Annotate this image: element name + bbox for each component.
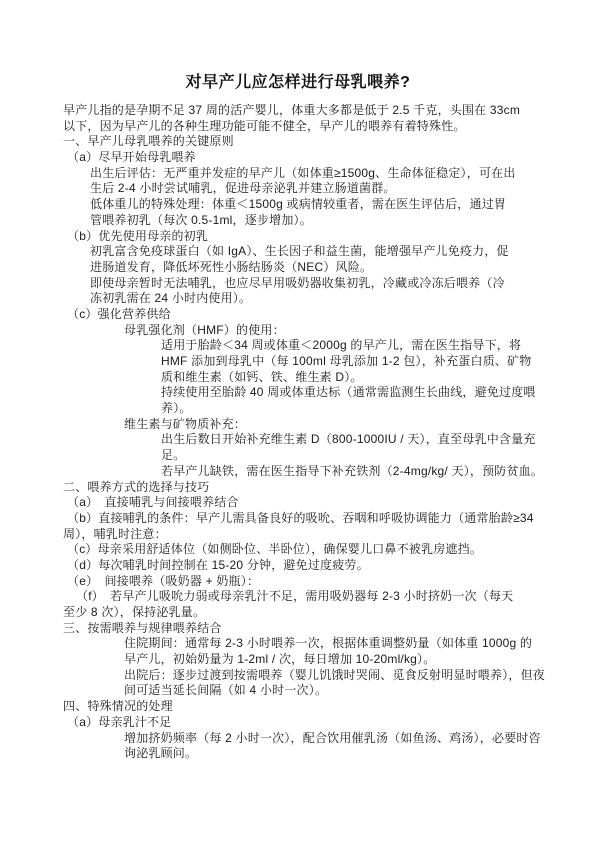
text-line: 四、特殊情况的处理 xyxy=(63,699,533,715)
text-line: 生后 2-4 小时尝试哺乳，促进母亲泌乳并建立肠道菌群。 xyxy=(90,181,533,197)
text-line: （a）尽早开始母乳喂养 xyxy=(67,150,533,166)
document-body: 早产儿指的是孕期不足 37 周的活产婴儿，体重大多都是低于 2.5 千克，头围在… xyxy=(63,103,533,762)
text-line: 至少 8 次），保持泌乳量。 xyxy=(63,605,533,621)
text-line: 进肠道发育，降低坏死性小肠结肠炎（NEC）风险。 xyxy=(90,260,533,276)
text-line: （c）母亲采用舒适体位（如侧卧位、半卧位），确保婴儿口鼻不被乳房遮挡。 xyxy=(67,542,533,558)
text-line: 维生素与矿物质补充： xyxy=(124,417,533,433)
text-line: 三、按需喂养与规律喂养结合 xyxy=(63,621,533,637)
text-line: 出生后评估：无严重并发症的早产儿（如体重≥1500g、生命体征稳定），可在出 xyxy=(90,166,533,182)
text-line: 养）。 xyxy=(161,401,533,417)
text-line: 以下，因为早产儿的各种生理功能可能不健全，早产儿的喂养有着特殊性。 xyxy=(63,119,533,135)
text-line: （d）每次哺乳时间控制在 15-20 分钟，避免过度疲劳。 xyxy=(67,558,533,574)
text-line: （f） 若早产儿吸吮力弱或母亲乳汁不足，需用吸奶器每 2-3 小时挤奶一次（每天 xyxy=(76,589,533,605)
text-line: 早产儿指的是孕期不足 37 周的活产婴儿，体重大多都是低于 2.5 千克，头围在… xyxy=(63,103,533,119)
text-line: 质和维生素（如钙、铁、维生素 D）。 xyxy=(161,370,533,386)
text-line: 若早产儿缺铁，需在医生指导下补充铁剂（2-4mg/kg/ 天），预防贫血。 xyxy=(161,464,533,480)
text-line: 适用于胎龄＜34 周或体重＜2000g 的早产儿，需在医生指导下，将 xyxy=(161,338,533,354)
text-line: 持续使用至胎龄 40 周或体重达标（通常需监测生长曲线，避免过度喂 xyxy=(161,385,533,401)
text-line: 出院后：逐步过渡到按需喂养（婴儿饥饿时哭闹、觅食反射明显时喂养），但夜 xyxy=(124,668,533,684)
text-line: 询泌乳顾问。 xyxy=(124,746,533,762)
text-line: （c）强化营养供给 xyxy=(67,307,533,323)
text-line: （e） 间接喂养（吸奶器 + 奶瓶）： xyxy=(67,574,533,590)
text-line: 管喂养初乳（每次 0.5-1ml，逐步增加）。 xyxy=(90,213,533,229)
text-line: 增加挤奶频率（每 2 小时一次），配合饮用催乳汤（如鱼汤、鸡汤），必要时咨 xyxy=(124,731,533,747)
text-line: 母乳强化剂（HMF）的使用： xyxy=(124,323,533,339)
text-line: （b）直接哺乳的条件：早产儿需具备良好的吸吮、吞咽和呼吸协调能力（通常胎龄≥34 xyxy=(67,511,533,527)
text-line: 足。 xyxy=(161,448,533,464)
text-line: HMF 添加到母乳中（每 100ml 母乳添加 1-2 包），补充蛋白质、矿物 xyxy=(161,354,533,370)
text-line: 早产儿，初始奶量为 1-2ml / 次，每日增加 10-20ml/kg）。 xyxy=(124,652,533,668)
text-line: 一、早产儿母乳喂养的关键原则 xyxy=(63,134,533,150)
text-line: 间可适当延长间隔（如 4 小时一次）。 xyxy=(124,683,533,699)
text-line: 住院期间：通常每 2-3 小时喂养一次，根据体重调整奶量（如体重 1000g 的 xyxy=(124,636,533,652)
text-line: 二、喂养方式的选择与技巧 xyxy=(63,480,533,496)
text-line: 即使母亲暂时无法哺乳，也应尽早用吸奶器收集初乳，冷藏或冷冻后喂养（冷 xyxy=(90,276,533,292)
text-line: （a） 直接哺乳与间接喂养结合 xyxy=(67,495,533,511)
text-line: 初乳富含免疫球蛋白（如 IgA）、生长因子和益生菌，能增强早产儿免疫力，促 xyxy=(90,244,533,260)
text-line: 冻初乳需在 24 小时内使用）。 xyxy=(90,291,533,307)
page-title: 对早产儿应怎样进行母乳喂养? xyxy=(63,0,533,94)
document-page: 对早产儿应怎样进行母乳喂养? 早产儿指的是孕期不足 37 周的活产婴儿，体重大多… xyxy=(0,0,595,841)
text-line: （b）优先使用母亲的初乳 xyxy=(67,229,533,245)
text-line: 出生后数日开始补充维生素 D（800-1000IU / 天），直至母乳中含量充 xyxy=(161,432,533,448)
text-line: （a）母亲乳汁不足 xyxy=(67,715,533,731)
text-line: 低体重儿的特殊处理：体重＜1500g 或病情较重者，需在医生评估后，通过胃 xyxy=(90,197,533,213)
text-line: 周），哺乳时注意： xyxy=(63,527,533,543)
